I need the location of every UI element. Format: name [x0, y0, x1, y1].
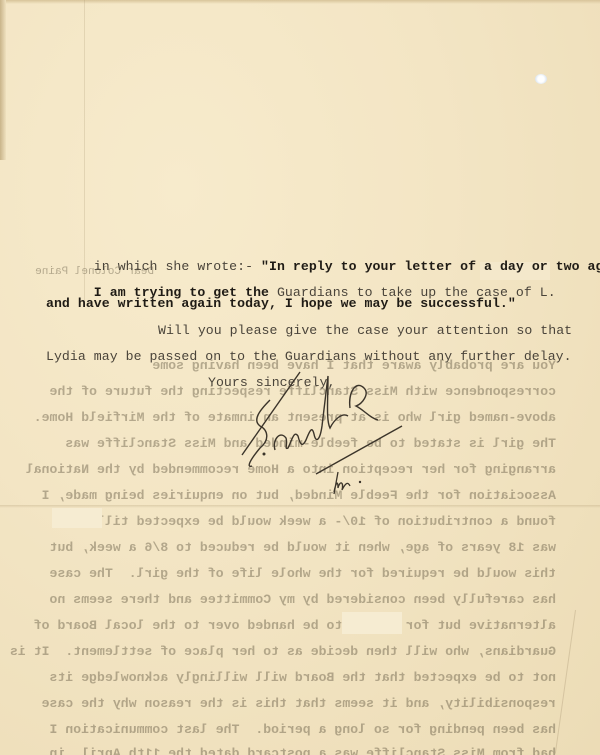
show-through-line: had from Miss Stancliffe was a postcard …: [50, 746, 556, 755]
show-through-line: has carefully been considered by my Comm…: [50, 592, 556, 607]
body-line: and have written again today, I hope we …: [46, 296, 516, 311]
show-through-line: Guardians, who will then decide as to he…: [10, 644, 556, 659]
body-line: Will you please give the case your atten…: [158, 323, 572, 338]
letter-page: Dear Colonel Paine You are probably awar…: [0, 0, 600, 755]
show-through-line: has been pending for so long a period. T…: [50, 722, 556, 737]
show-through-line: responsibility, and it seems that this i…: [42, 696, 556, 711]
show-through-line: was 18 years of age, when it would be re…: [50, 540, 556, 555]
body-line: Lydia may be passed on to the Guardians …: [46, 349, 572, 364]
signature: [230, 370, 430, 520]
show-through-line: alternative but for to be handed over to…: [34, 618, 556, 633]
show-through-line: this would be required for the whole lif…: [50, 566, 556, 581]
show-through-line: not to be expected that the Board will w…: [50, 670, 556, 685]
redaction-box: [342, 612, 402, 634]
initials: [334, 472, 350, 494]
redaction-box: [52, 508, 102, 528]
